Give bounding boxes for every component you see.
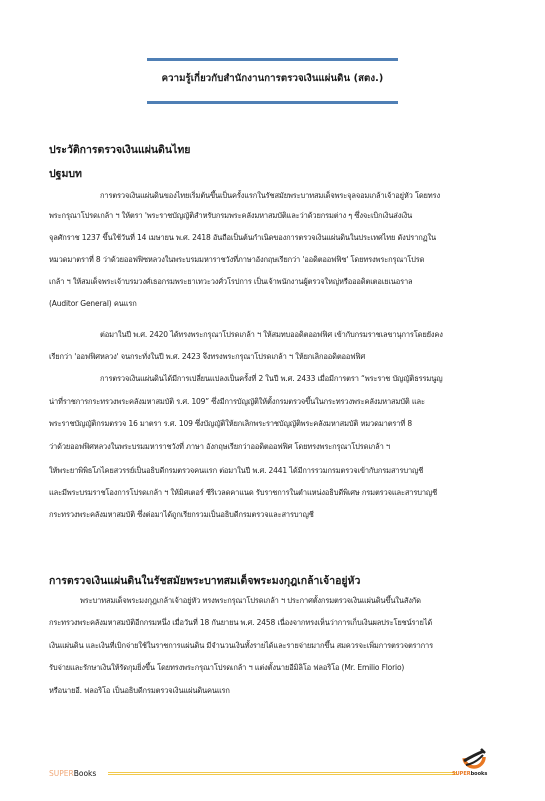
logo-super: SUPER <box>452 771 471 777</box>
paragraph-line: และมีพระบรมราชโองการโปรดเกล้า ฯ ให้มิศเต… <box>49 487 509 499</box>
title-rule-top <box>147 58 398 61</box>
logo-books: books <box>471 771 488 777</box>
paragraph-line: พระบาทสมเด็จพระมงกุฎเกล้าเจ้าอยู่หัว ทรง… <box>80 595 510 607</box>
logo-wordmark: SUPERbooks <box>452 771 487 777</box>
paragraph-line: เกล้า ฯ ให้สมเด็จพระเจ้าบรมวงศ์เธอกรมพระ… <box>49 276 509 288</box>
paragraph-line: พระราชบัญญัติกรมตรวจ 16 มาตรา ร.ศ. 109 ซ… <box>49 418 509 430</box>
paragraph-line: ให้พระยาพิพิธโภไคยสวรรย์เป็นอธิบดีกรมตรว… <box>49 465 509 477</box>
footer-double-rule <box>108 772 457 775</box>
document-title: ความรู้เกี่ยวกับสำนักงานการตรวจเงินแผ่นด… <box>147 71 398 86</box>
superbooks-logo-icon <box>452 745 497 772</box>
paragraph-line: ต่อมาในปี พ.ศ. 2420 ได้ทรงพระกรุณาโปรดเก… <box>100 329 510 341</box>
paragraph-line: หรือนายอี. ฟลอริโอ เป็นอธิบดีกรมตรวจเงิน… <box>49 685 509 697</box>
paragraph-line: หมวดมาตราที่ 8 ว่าด้วยออฟฟิซหลวงในพระบรม… <box>49 254 509 266</box>
section-heading-rama6: การตรวจเงินแผ่นดินในรัชสมัยพระบาทสมเด็จพ… <box>49 572 360 589</box>
paragraph-line: กระทรวงพระคลังมหาสมบัติ ซึ่งต่อมาได้ถูกเ… <box>49 509 509 521</box>
superbooks-logo: SUPERbooks <box>452 745 497 780</box>
paragraph-line: การตรวจเงินแผ่นดินของไทยเริ่มต้นขึ้นเป็น… <box>100 190 510 202</box>
paragraph-line: รับจ่ายและรักษาเงินให้รัดกุมยิ่งขึ้น โดย… <box>49 662 509 674</box>
footer-brand-super: SUPER <box>49 769 74 778</box>
paragraph-line: (Auditor General) คนแรก <box>49 298 509 310</box>
title-box: ความรู้เกี่ยวกับสำนักงานการตรวจเงินแผ่นด… <box>147 58 398 104</box>
footer-brand: SUPERBooks <box>49 769 96 778</box>
section-heading-history: ประวัติการตรวจเงินแผ่นดินไทย <box>49 141 190 158</box>
title-rule-bottom <box>147 101 398 104</box>
paragraph-line: น่าที่ราชการกระทรวงพระคลังมหาสมบัติ ร.ศ.… <box>49 396 509 408</box>
subheading-prologue: ปฐมบท <box>49 165 82 182</box>
footer-brand-books: Books <box>74 769 97 778</box>
paragraph-line: เรียกว่า 'ออฟฟิศหลวง' จนกระทั่งในปี พ.ศ.… <box>49 351 509 363</box>
paragraph-line: พระกรุณาโปรดเกล้า ฯ ให้ตรา 'พระราชบัญญัต… <box>49 210 509 222</box>
paragraph-line: เงินแผ่นดิน และเงินที่เบิกจ่ายใช้ในราชกา… <box>49 640 509 652</box>
paragraph-line: จุลศักราช 1237 ขึ้นใช้วันที่ 14 เมษายน พ… <box>49 232 509 244</box>
paragraph-line: กระทรวงพระคลังมหาสมบัติอีกกรมหนึ่ง เมื่อ… <box>49 617 509 629</box>
paragraph-line: ว่าด้วยออฟฟิศหลวงในพระบรมมหาราชวังที่ ภา… <box>49 441 509 453</box>
paragraph-line: การตรวจเงินแผ่นดินได้มีการเปลี่ยนแปลงเป็… <box>100 373 510 385</box>
